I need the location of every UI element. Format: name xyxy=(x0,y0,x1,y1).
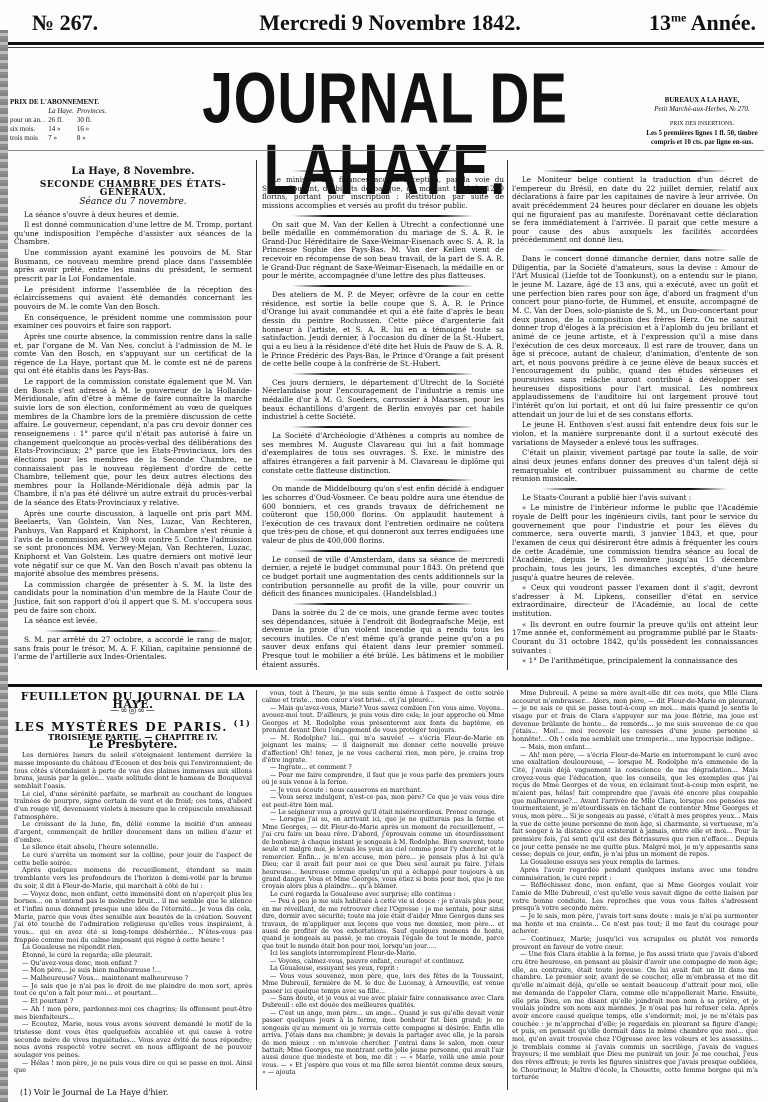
offices-address: Petit Marché-aux-Herbes, № 270. xyxy=(642,105,762,114)
section-heading: SECONDE CHAMBRE DES ÉTATS-GÉNÉRAUX. xyxy=(14,181,252,198)
paragraph: — Réfléchissez donc, mon enfant, que si … xyxy=(512,882,758,913)
divider xyxy=(542,249,728,251)
newspaper-page: № 267. Mercredi 9 Novembre 1842. 13me An… xyxy=(0,0,768,1102)
novel-title: LES MYSTÈRES DE PARIS. (1) xyxy=(14,720,252,732)
paragraph: Ces jours derniers, le département d'Utr… xyxy=(262,379,504,422)
paragraph: Le ciel, d'une sérénité parfaite, se mar… xyxy=(14,791,252,822)
divider xyxy=(542,488,728,490)
divider xyxy=(542,170,728,172)
paragraph: Après une courte absence, la commission … xyxy=(14,333,252,376)
divider xyxy=(292,426,474,428)
dateline: La Haye, 8 Novembre. xyxy=(14,168,252,177)
column-separator xyxy=(507,160,508,670)
footnote: (1) Voir le Journal de La Haye d'hier. xyxy=(20,1088,168,1097)
masthead-rule xyxy=(8,42,764,45)
paragraph: Le rapport de la commission constate éga… xyxy=(14,378,252,508)
paragraph: Le Staats-Courant a publié hier l'avis s… xyxy=(512,494,758,503)
feuilleton-rule xyxy=(8,684,762,687)
feuilleton-column-1: FEUILLETON DU JOURNAL DE LA HAYE. —∞◎∞— … xyxy=(14,690,252,1075)
column-3: Le Moniteur belge contient la traduction… xyxy=(512,160,758,668)
ads-text: Les 5 premières lignes 1 fl. 50, timbre … xyxy=(642,129,762,147)
subscription-header xyxy=(10,107,48,116)
paragraph: — Vous serez indulgent, n'est-ce pas, mo… xyxy=(262,794,504,809)
subscription-cell: six mois. xyxy=(10,125,48,134)
paragraph: — Vous vous souvenez, mon père, que, lor… xyxy=(262,973,504,995)
paragraph: On sait que M. Van der Kellen à Utrecht … xyxy=(262,221,504,281)
divider xyxy=(292,215,474,217)
paragraph: — Je sais que je n'ai pas le droit de me… xyxy=(14,983,252,998)
column-separator xyxy=(256,160,257,670)
paragraph: En conséquence, le président nomme une c… xyxy=(14,314,252,331)
paragraph: Le Moniteur belge contient la traduction… xyxy=(512,176,758,245)
paragraph: Les dernières lueurs du soleil s'éteigna… xyxy=(14,752,252,790)
paragraph: — Je vous écoute : nous causerons en mar… xyxy=(262,787,504,794)
paragraph: — Ecoutez, Marie, nous vous avons souven… xyxy=(14,1021,252,1059)
paragraph: Après l'avoir regardée pendant quelques … xyxy=(512,867,758,882)
subscription-row: six mois. 14 » 16 » xyxy=(10,125,109,134)
feuilleton-column-2: vous, tout à l'heure, je me suis sentie … xyxy=(262,690,504,1077)
paragraph: La Société d'Archéologie d'Athènes a com… xyxy=(262,432,504,475)
divider xyxy=(292,285,474,287)
paragraph: Le jeune H. Enthoven s'est aussi fait en… xyxy=(512,421,758,447)
subscription-header: Provinces. xyxy=(77,107,109,116)
subscription-header: La Haye. xyxy=(48,107,77,116)
paragraph: Ici les sanglots interrompirent Fleur-de… xyxy=(262,950,504,957)
subscription-cell: 7 » xyxy=(48,134,77,143)
offices-heading: BUREAUX A LA HAYE, xyxy=(642,96,762,105)
paragraph: Le croissant de la lune, fin, délié comm… xyxy=(14,821,252,844)
paragraph: « 1° De l'arithmétique, principalement l… xyxy=(512,657,758,666)
paragraph: Dans la soirée du 2 de ce mois, une gran… xyxy=(262,609,504,669)
paragraph: — Voyez donc, mon enfant, cette immensit… xyxy=(14,891,252,945)
paragraph: — Lorsque j'ai su, en arrivant ici, que … xyxy=(262,816,504,890)
paragraph: Le ministre des finances accuse réceptio… xyxy=(262,176,504,211)
paragraph: Le président informe l'assemblée de la r… xyxy=(14,286,252,312)
article-body: La séance s'ouvre à deux heures et demie… xyxy=(14,211,252,626)
column-separator xyxy=(256,690,257,1090)
paragraph: On mande de Middelbourg qu'on s'est enfi… xyxy=(262,485,504,545)
divider xyxy=(292,603,474,605)
column-1: La Haye, 8 Novembre. SECONDE CHAMBRE DES… xyxy=(14,160,252,664)
paragraph: Mme Dubreuil. A peine sa mère avait-elle… xyxy=(512,690,758,744)
feuilleton-text: vous, tout à l'heure, je me suis sentie … xyxy=(262,690,504,1077)
subscription-cell: 30 fl. xyxy=(77,116,109,125)
paragraph: — Ingrate... et comment ? xyxy=(262,764,504,771)
scan-edge xyxy=(0,30,8,1102)
subscription-cell: 16 » xyxy=(77,125,109,134)
paragraph: La séance s'ouvre à deux heures et demie… xyxy=(14,211,252,220)
year-number: 13 xyxy=(649,10,671,35)
year-of-publication: 13me Année. xyxy=(649,10,756,36)
paragraph: — Le seigneur vous a prouvé qu'il était … xyxy=(262,809,504,816)
news-items: Le ministre des finances accuse réceptio… xyxy=(262,176,504,669)
divider xyxy=(292,170,474,172)
feuilleton-text: Mme Dubreuil. A peine sa mère avait-elle… xyxy=(512,690,758,1082)
paragraph: « Ils devront en outre fournir la preuve… xyxy=(512,621,758,656)
subscription-prices: PRIX DE L'ABONNEMENT. La Haye. Provinces… xyxy=(10,98,125,143)
paragraph: Le conseil de ville d'Amsterdam, dans sa… xyxy=(262,556,504,599)
masthead-bottom-rule xyxy=(8,150,764,151)
subscription-row: pour un an. . 26 fl. 30 fl. xyxy=(10,116,109,125)
year-word: Année. xyxy=(686,10,756,35)
paragraph: — Hélas ! mon père, je ne puis vous dire… xyxy=(14,1060,252,1075)
paragraph: Dans le concert donné dimanche dernier, … xyxy=(512,255,758,419)
paragraph: — Une fois Clara établie à la ferme, je … xyxy=(512,951,758,1082)
paragraph: — C'est un ange, mon père... un ange... … xyxy=(262,1010,504,1077)
masthead-topline: № 267. Mercredi 9 Novembre 1842. 13me An… xyxy=(20,8,760,38)
paragraph: La séance est levée. xyxy=(14,617,252,626)
column-2: Le ministre des finances accuse réceptio… xyxy=(262,160,504,671)
paragraph: — Ah! mon père, — s'écria Fleur-de-Marie… xyxy=(512,752,758,860)
paragraph: La Goualeuse, essuyant ses yeux, reprit … xyxy=(262,965,504,972)
paragraph: « Le ministre de l'intérieur informe le … xyxy=(512,504,758,582)
masthead-rule-thin xyxy=(8,47,764,48)
paragraph: Le curé regarda la Goualeuse avec surpri… xyxy=(262,891,504,898)
footnote-marker: (1) xyxy=(234,718,252,728)
paragraph: C'était un plaisir, vivement partagé par… xyxy=(512,449,758,484)
feuilleton-column-3: Mme Dubreuil. A peine sa mère avait-elle… xyxy=(512,690,758,1082)
paragraph: vous, tout à l'heure, je me suis sentie … xyxy=(262,690,504,705)
subscription-cell: 14 » xyxy=(48,125,77,134)
divider xyxy=(292,373,474,375)
paragraph: — Ah ! mon père, pardonnez-moi ces chagr… xyxy=(14,1006,252,1021)
subscription-cell: trois mois xyxy=(10,134,48,143)
paragraph: Une commission ayant examiné les pouvoir… xyxy=(14,249,252,284)
notice-paragraph: S. M. par arrêté du 27 octobre, a accord… xyxy=(14,636,252,662)
paragraph: — Je le sais, mon père, j'avais tort san… xyxy=(512,913,758,936)
paragraph: « Ceux qui voudront passer l'examen dont… xyxy=(512,584,758,619)
chapter-title: Le Presbytère. xyxy=(14,741,252,749)
paragraph: Après une courte discussion, à laquelle … xyxy=(14,510,252,579)
subscription-cell: 8 » xyxy=(77,134,109,143)
paragraph: Après quelques momens de recueillement, … xyxy=(14,867,252,890)
subscription-row: trois mois 7 » 8 » xyxy=(10,134,109,143)
paragraph: Des ateliers de M. P. de Meyer, orfèvre … xyxy=(262,291,504,369)
paragraph: — Sans doute, et je vous ai vue avec pla… xyxy=(262,995,504,1010)
paragraph: — M. Rodolphe? lui... qui m'a sauvée! — … xyxy=(262,735,504,765)
feuilleton-text: Les dernières lueurs du soleil s'éteigna… xyxy=(14,752,252,1075)
divider xyxy=(292,479,474,481)
session-subheading: Séance du 7 novembre. xyxy=(14,198,252,207)
subscription-heading: PRIX DE L'ABONNEMENT. xyxy=(10,98,125,107)
paragraph: — Voyons, calmez-vous, pauvre enfant, co… xyxy=(262,958,504,965)
ornament: —∞◎∞— xyxy=(14,708,252,716)
paragraph: La commission chargée de présenter à S. … xyxy=(14,581,252,616)
offices-info: BUREAUX A LA HAYE, Petit Marché-aux-Herb… xyxy=(642,96,762,147)
column-separator xyxy=(507,690,508,1090)
year-suffix: me xyxy=(671,11,686,25)
ads-heading: PRIX DES INSERTIONS. xyxy=(642,120,762,129)
paragraph: — Peu à peu je me suis habituée à cette … xyxy=(262,898,504,950)
divider xyxy=(292,550,474,552)
divider xyxy=(44,630,222,632)
paragraph: — Pour me faire comprendre, il faut que … xyxy=(262,772,504,787)
news-items: Le Moniteur belge contient la traduction… xyxy=(512,176,758,666)
subscription-table: La Haye. Provinces. pour un an. . 26 fl.… xyxy=(10,107,109,143)
paragraph: — Mais qu'avez-vous, Marie? Vous savez c… xyxy=(262,705,504,735)
paragraph: Il est donné communication d'une lettre … xyxy=(14,221,252,247)
subscription-cell: pour un an. . xyxy=(10,116,48,125)
paragraph: Le curé s'arrêta un moment sur la collin… xyxy=(14,852,252,867)
subscription-cell: 26 fl. xyxy=(48,116,77,125)
